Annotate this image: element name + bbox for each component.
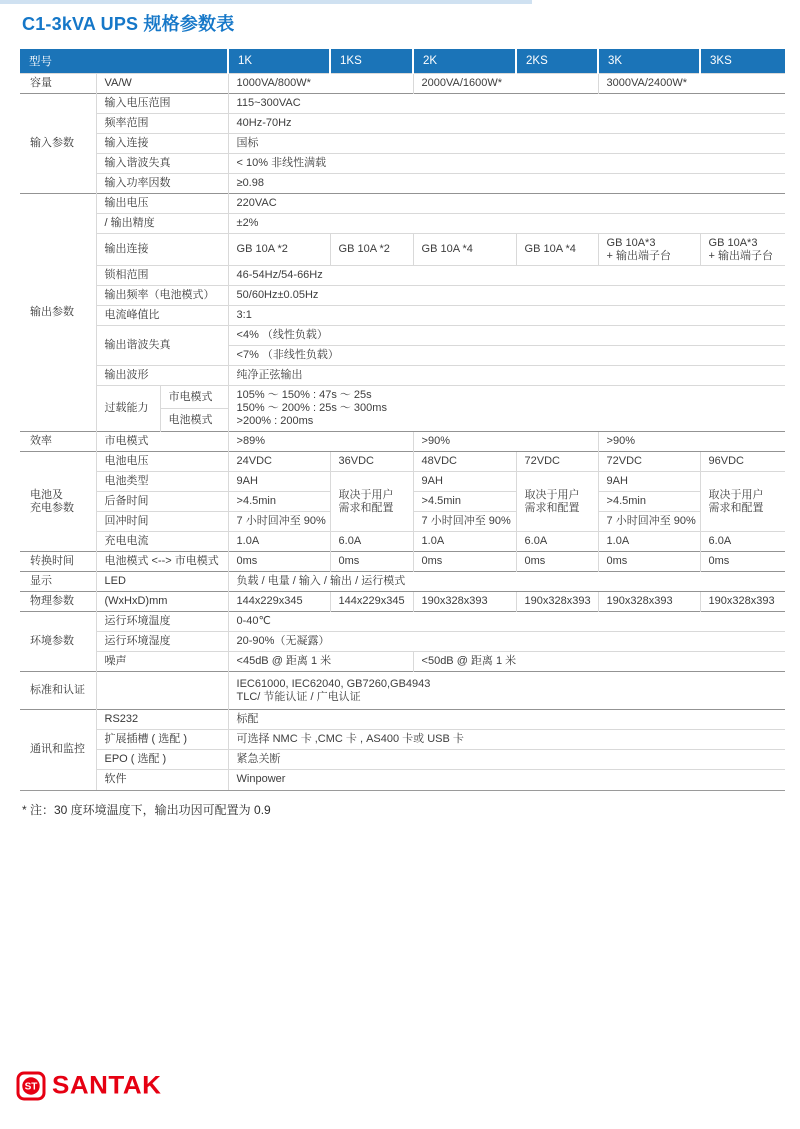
value-cell: 1.0A (598, 532, 700, 552)
group-label: 标准和认证 (20, 672, 96, 710)
table-row: 输入功率因数≥0.98 (20, 174, 785, 194)
header-cell: 3KS (700, 49, 785, 74)
value-cell: 9AH (228, 472, 330, 492)
table-row: 显示LED负载 / 电量 / 输入 / 输出 / 运行模式 (20, 572, 785, 592)
spec-table-container: 型号1K1KS2K2KS3K3KS 容量VA/W1000VA/800W*2000… (20, 49, 785, 791)
value-cell: 纯净正弦输出 (228, 366, 785, 386)
table-row: 输出连接GB 10A *2GB 10A *2GB 10A *4GB 10A *4… (20, 234, 785, 266)
param-label: 电池电压 (96, 452, 228, 472)
value-cell: 取决于用户 需求和配置 (516, 472, 598, 532)
value-cell: 24VDC (228, 452, 330, 472)
param-label: (WxHxD)mm (96, 592, 228, 612)
table-row: 输入谐波失真< 10% 非线性满载 (20, 154, 785, 174)
value-cell: 6.0A (700, 532, 785, 552)
table-row: 效率市电模式>89%>90%>90% (20, 432, 785, 452)
param-label: 锁相范围 (96, 266, 228, 286)
table-row: 输出波形纯净正弦输出 (20, 366, 785, 386)
table-row: 环境参数运行环境温度0-40℃ (20, 612, 785, 632)
table-row: 输入连接国标 (20, 134, 785, 154)
param-label: 回冲时间 (96, 512, 228, 532)
table-row: 电池及 充电参数电池电压24VDC36VDC48VDC72VDC72VDC96V… (20, 452, 785, 472)
table-row: 电流峰值比3:1 (20, 306, 785, 326)
value-cell: 72VDC (516, 452, 598, 472)
table-row: 过载能力市电模式105% ～ 150% : 47s ～ 25s 150% ～ 2… (20, 386, 785, 409)
param-label: 电流峰值比 (96, 306, 228, 326)
value-cell: 可选择 NMC 卡 ,CMC 卡 , AS400 卡或 USB 卡 (228, 730, 785, 750)
value-cell: GB 10A *2 (330, 234, 413, 266)
table-row: 转换时间电池模式 <--> 市电模式0ms0ms0ms0ms0ms0ms (20, 552, 785, 572)
value-cell: Winpower (228, 770, 785, 790)
value-cell: <45dB @ 距离 1 米 (228, 652, 413, 672)
param-label: 输入功率因数 (96, 174, 228, 194)
value-cell: GB 10A *4 (413, 234, 516, 266)
value-cell: >4.5min (413, 492, 516, 512)
value-cell: 72VDC (598, 452, 700, 472)
value-cell: GB 10A *4 (516, 234, 598, 266)
value-cell: 紧急关断 (228, 750, 785, 770)
table-row: 扩展插槽 ( 选配 )可选择 NMC 卡 ,CMC 卡 , AS400 卡或 U… (20, 730, 785, 750)
svg-text:ST: ST (25, 1081, 38, 1092)
value-cell: 190x328x393 (598, 592, 700, 612)
param-label: 输入电压范围 (96, 94, 228, 114)
param-label: 频率范围 (96, 114, 228, 134)
footnote: * 注：30 度环境温度下，输出功因可配置为 0.9 (22, 801, 800, 818)
value-cell: GB 10A*3 + 输出端子台 (700, 234, 785, 266)
spec-table: 型号1K1KS2K2KS3K3KS 容量VA/W1000VA/800W*2000… (20, 49, 785, 790)
table-row: 输出谐波失真<4% （线性负载） (20, 326, 785, 346)
value-cell: 0ms (516, 552, 598, 572)
value-cell: 2000VA/1600W* (413, 74, 598, 94)
value-cell: 0ms (413, 552, 516, 572)
param-label: RS232 (96, 710, 228, 730)
value-cell: 0-40℃ (228, 612, 785, 632)
table-row: 噪声<45dB @ 距离 1 米<50dB @ 距离 1 米 (20, 652, 785, 672)
value-cell: 1000VA/800W* (228, 74, 413, 94)
brand-logo: ST SANTAK (16, 1070, 161, 1101)
value-cell: 0ms (598, 552, 700, 572)
value-cell: 48VDC (413, 452, 516, 472)
group-label: 输出参数 (20, 194, 96, 432)
value-cell: >89% (228, 432, 413, 452)
value-cell: >4.5min (598, 492, 700, 512)
mode-label: 电池模式 (160, 409, 228, 432)
header-row: 型号1K1KS2K2KS3K3KS (20, 49, 785, 74)
value-cell: < 10% 非线性满载 (228, 154, 785, 174)
value-cell: 取决于用户 需求和配置 (700, 472, 785, 532)
value-cell: 7 小时回冲至 90% (413, 512, 516, 532)
value-cell: 144x229x345 (228, 592, 330, 612)
value-cell: 9AH (598, 472, 700, 492)
param-label: 充电电流 (96, 532, 228, 552)
group-label: 容量 (20, 74, 96, 94)
value-cell: 96VDC (700, 452, 785, 472)
value-cell: GB 10A *2 (228, 234, 330, 266)
value-cell: 115~300VAC (228, 94, 785, 114)
table-row: / 输出精度±2% (20, 214, 785, 234)
param-label: 输入谐波失真 (96, 154, 228, 174)
group-label: 环境参数 (20, 612, 96, 672)
param-label: 运行环境湿度 (96, 632, 228, 652)
value-cell: 50/60Hz±0.05Hz (228, 286, 785, 306)
param-label: 电池类型 (96, 472, 228, 492)
value-cell: 7 小时回冲至 90% (598, 512, 700, 532)
value-cell: 190x328x393 (413, 592, 516, 612)
value-cell: <50dB @ 距离 1 米 (413, 652, 785, 672)
param-label: 运行环境温度 (96, 612, 228, 632)
table-row: 软件Winpower (20, 770, 785, 790)
param-label: 输出电压 (96, 194, 228, 214)
value-cell: 6.0A (330, 532, 413, 552)
value-cell: 6.0A (516, 532, 598, 552)
value-cell: 105% ～ 150% : 47s ～ 25s 150% ～ 200% : 25… (228, 386, 785, 432)
table-row: 物理参数(WxHxD)mm144x229x345144x229x345190x3… (20, 592, 785, 612)
value-cell: GB 10A*3 + 输出端子台 (598, 234, 700, 266)
value-cell: 0ms (700, 552, 785, 572)
param-label: VA/W (96, 74, 228, 94)
value-cell: 9AH (413, 472, 516, 492)
value-cell: 36VDC (330, 452, 413, 472)
header-cell: 2K (413, 49, 516, 74)
param-label: 输出频率（电池模式） (96, 286, 228, 306)
value-cell: 国标 (228, 134, 785, 154)
header-cell: 1K (228, 49, 330, 74)
value-cell: 负载 / 电量 / 输入 / 输出 / 运行模式 (228, 572, 785, 592)
value-cell: >4.5min (228, 492, 330, 512)
group-label: 转换时间 (20, 552, 96, 572)
group-label: 显示 (20, 572, 96, 592)
value-cell: 190x328x393 (516, 592, 598, 612)
brand-name: SANTAK (52, 1071, 161, 1101)
header-cell: 2KS (516, 49, 598, 74)
value-cell: ≥0.98 (228, 174, 785, 194)
table-row: 频率范围40Hz-70Hz (20, 114, 785, 134)
value-cell: 1.0A (228, 532, 330, 552)
value-cell: 标配 (228, 710, 785, 730)
table-row: 通讯和监控RS232标配 (20, 710, 785, 730)
value-cell: 220VAC (228, 194, 785, 214)
value-cell: >90% (598, 432, 785, 452)
table-row: EPO ( 选配 )紧急关断 (20, 750, 785, 770)
param-label: LED (96, 572, 228, 592)
table-row: 输出参数输出电压220VAC (20, 194, 785, 214)
param-label: 软件 (96, 770, 228, 790)
page-top-accent-strip (0, 0, 532, 4)
value-cell: 3:1 (228, 306, 785, 326)
group-label: 物理参数 (20, 592, 96, 612)
value-cell: IEC61000, IEC62040, GB7260,GB4943 TLC/ 节… (228, 672, 785, 710)
value-cell: 0ms (228, 552, 330, 572)
value-cell: 190x328x393 (700, 592, 785, 612)
value-cell: <4% （线性负载） (228, 326, 785, 346)
group-label: 效率 (20, 432, 96, 452)
value-cell: 0ms (330, 552, 413, 572)
param-label: 市电模式 (96, 432, 228, 452)
table-row: 充电电流1.0A6.0A1.0A6.0A1.0A6.0A (20, 532, 785, 552)
param-label: EPO ( 选配 ) (96, 750, 228, 770)
param-label (96, 672, 228, 710)
group-label: 输入参数 (20, 94, 96, 194)
value-cell: 取决于用户 需求和配置 (330, 472, 413, 532)
value-cell: ±2% (228, 214, 785, 234)
table-row: 输入参数输入电压范围115~300VAC (20, 94, 785, 114)
table-row: 标准和认证IEC61000, IEC62040, GB7260,GB4943 T… (20, 672, 785, 710)
santak-logo-icon: ST (16, 1071, 46, 1101)
value-cell: 7 小时回冲至 90% (228, 512, 330, 532)
param-label: 输出谐波失真 (96, 326, 228, 366)
param-label: 噪声 (96, 652, 228, 672)
value-cell: <7% （非线性负载） (228, 346, 785, 366)
table-row: 运行环境湿度20-90%（无凝露） (20, 632, 785, 652)
param-label: 后备时间 (96, 492, 228, 512)
spec-table-body: 容量VA/W1000VA/800W*2000VA/1600W*3000VA/24… (20, 74, 785, 790)
value-cell: 1.0A (413, 532, 516, 552)
param-label: 输入连接 (96, 134, 228, 154)
header-cell: 1KS (330, 49, 413, 74)
param-label: 电池模式 <--> 市电模式 (96, 552, 228, 572)
table-row: 容量VA/W1000VA/800W*2000VA/1600W*3000VA/24… (20, 74, 785, 94)
table-row: 输出频率（电池模式）50/60Hz±0.05Hz (20, 286, 785, 306)
header-cell: 3K (598, 49, 700, 74)
value-cell: 3000VA/2400W* (598, 74, 785, 94)
header-cell: 型号 (20, 49, 228, 74)
spec-table-head: 型号1K1KS2K2KS3K3KS (20, 49, 785, 74)
value-cell: 144x229x345 (330, 592, 413, 612)
param-label: / 输出精度 (96, 214, 228, 234)
param-label: 扩展插槽 ( 选配 ) (96, 730, 228, 750)
param-label: 输出波形 (96, 366, 228, 386)
table-row: 锁相范围46-54Hz/54-66Hz (20, 266, 785, 286)
value-cell: >90% (413, 432, 598, 452)
value-cell: 20-90%（无凝露） (228, 632, 785, 652)
page-title: C1-3kVA UPS 规格参数表 (22, 10, 800, 36)
value-cell: 46-54Hz/54-66Hz (228, 266, 785, 286)
mode-label: 市电模式 (160, 386, 228, 409)
group-label: 通讯和监控 (20, 710, 96, 790)
param-label: 过载能力 (96, 386, 160, 432)
group-label: 电池及 充电参数 (20, 452, 96, 552)
table-row: 电池类型9AH取决于用户 需求和配置9AH取决于用户 需求和配置9AH取决于用户… (20, 472, 785, 492)
param-label: 输出连接 (96, 234, 228, 266)
value-cell: 40Hz-70Hz (228, 114, 785, 134)
